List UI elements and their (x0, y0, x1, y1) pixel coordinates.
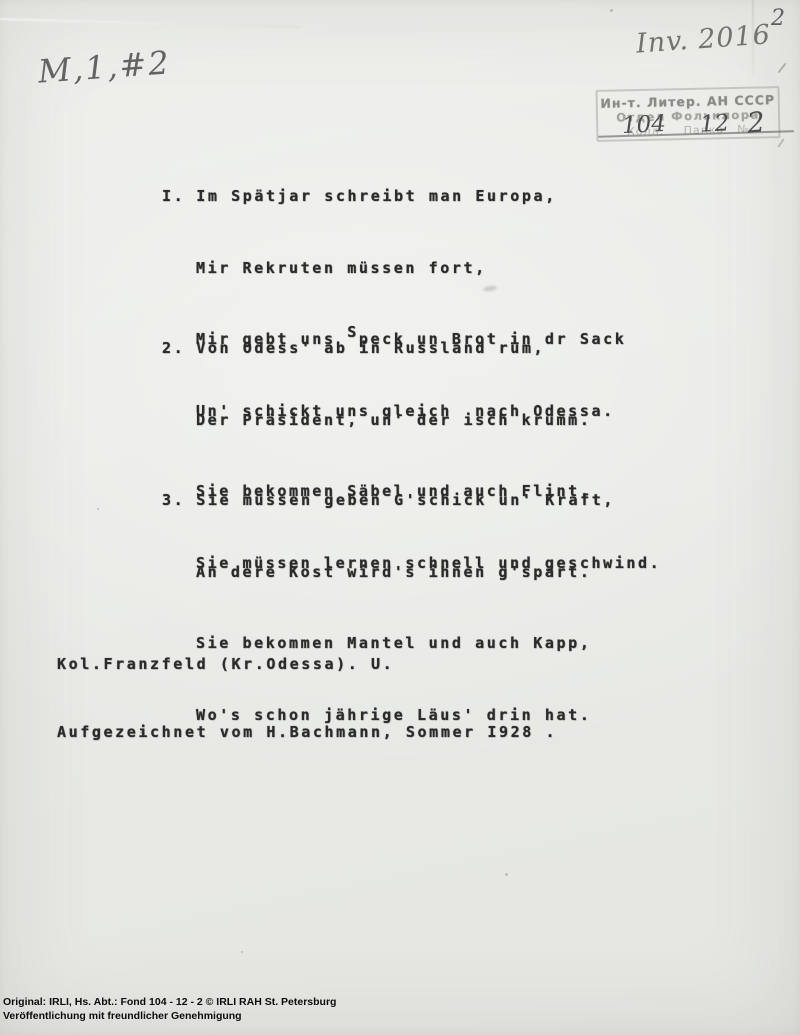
attribution-recorder-line: Aufgezeichnet vom H.Bachmann, Sommer I92… (57, 717, 557, 749)
handwritten-archival-mark: М,1,#2 (37, 43, 172, 90)
handwritten-inventory-number: Inv. 2016 (635, 19, 772, 59)
attribution-location-line: Kol.Franzfeld (Kr.Odessa). U. (57, 649, 557, 681)
handwritten-folder-number: 12 (699, 110, 730, 137)
attribution: Kol.Franzfeld (Kr.Odessa). U. Aufgezeich… (57, 613, 557, 784)
credit-permission-line: Veröffentlichung mit freundlicher Genehm… (3, 1010, 336, 1024)
verse-text: Im Spätjar schreibt man Europa, (196, 187, 557, 205)
paper-speck (97, 508, 99, 510)
verse-number: 3. (162, 483, 185, 519)
credit-source-line: Original: IRLI, Hs. Abt.: Fond 104 - 12 … (3, 996, 336, 1010)
poem: I.Im Spätjar schreibt man Europa, Mir Re… (162, 0, 209, 162)
paper-crease-horizontal (0, 18, 300, 28)
verse-number: I. (162, 179, 185, 215)
verse-line: 3.Sie müssen geben G'schick un' Kraft, (162, 483, 615, 519)
archive-credit-caption: Original: IRLI, Hs. Abt.: Fond 104 - 12 … (3, 996, 336, 1023)
pencil-tick-mark (778, 63, 787, 74)
verse-line: Mir Rekruten müssen fort, (162, 251, 626, 287)
handwritten-item-number: 2 (746, 105, 767, 139)
handwritten-page-number: 2 (771, 6, 785, 31)
verse-line: An dere Kost wird's ihnen g'spart. (162, 555, 615, 591)
paper-speck (241, 951, 243, 953)
paper-speck (610, 9, 613, 12)
verse-line: I.Im Spätjar schreibt man Europa, (162, 179, 626, 215)
verse-text: Sie müssen geben G'schick un' Kraft, (196, 491, 615, 509)
verse-text: Von Odess' ab in Russland rum, (196, 339, 545, 357)
paper-speck (505, 873, 508, 876)
verse-line: 2.Von Odess' ab in Russland rum, (162, 331, 661, 367)
verse-number: 2. (162, 331, 185, 367)
document-page: М,1,#2 2 Inv. 2016 Ин-т. Литер. АН СССР … (0, 0, 800, 1035)
handwritten-collection-number: 104 (621, 111, 666, 139)
pencil-tick-mark (777, 138, 784, 147)
verse-line: Der Präsident, un' der isch krumm. (162, 403, 661, 439)
